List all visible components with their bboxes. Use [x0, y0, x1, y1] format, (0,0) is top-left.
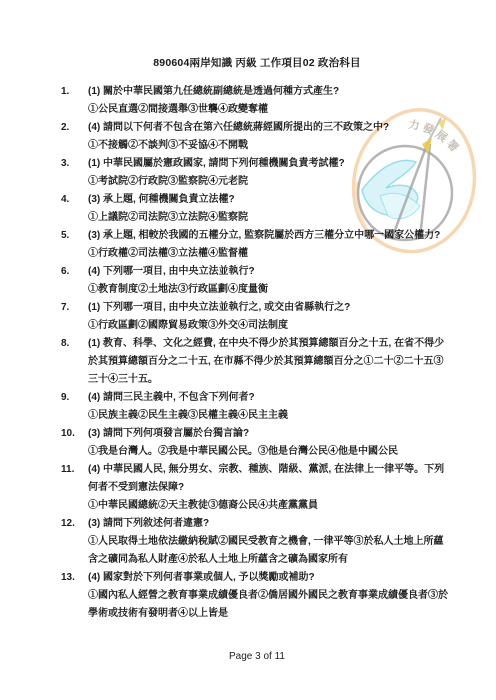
question-body: (4) 下列哪一項目, 由中央立法並執行? ①教育制度②土地法③行政區劃④度量衡 — [88, 263, 453, 299]
question-text: (1) 下列哪一項目, 由中央立法並執行之, 或交由省縣執行之? — [88, 299, 453, 317]
question-options: ①行政區劃②國際貿易政策③外交④司法制度 — [88, 317, 453, 335]
question-body: (1) 關於中華民國第九任總統副總統是透過何種方式產生? ①公民直選②間接選舉③… — [88, 83, 453, 119]
question-text: (1) 關於中華民國第九任總統副總統是透過何種方式產生? — [88, 83, 453, 101]
question-3: 3. (1) 中華民國屬於憲政國家, 請問下列何種機關負責考試權? ①考試院②行… — [61, 155, 453, 191]
question-6: 6. (4) 下列哪一項目, 由中央立法並執行? ①教育制度②土地法③行政區劃④… — [61, 263, 453, 299]
document-page: 力發展署 890604兩岸知識 丙級 工作項目02 政治科目 1. (1) 關於… — [0, 0, 496, 700]
question-number: 1. — [61, 83, 88, 119]
question-12: 12. (3) 請問下列敘述何者違憲? ①人民取得土地依法繳納稅賦②國民受教育之… — [61, 515, 453, 569]
question-text: (3) 承上題, 何種機關負責立法權? — [88, 191, 453, 209]
question-options: ①中華民國總統②天主教徒③德裔公民④共產黨黨員 — [88, 497, 453, 515]
question-options: ①國內私人經營之教育事業成績優良者②僑居國外國民之教育事業成績優良者③於學術或技… — [88, 587, 453, 623]
question-options: ①民族主義②民生主義③民權主義④民主主義 — [88, 407, 453, 425]
question-number: 12. — [61, 515, 88, 569]
question-body: (4) 請問三民主義中, 不包含下列何者? ①民族主義②民生主義③民權主義④民主… — [88, 389, 453, 425]
question-text: (4) 中華民國人民, 無分男女、宗教、種族、階級、黨派, 在法律上一律平等。下… — [88, 461, 453, 497]
question-number: 2. — [61, 119, 88, 155]
question-7: 7. (1) 下列哪一項目, 由中央立法並執行之, 或交由省縣執行之? ①行政區… — [61, 299, 453, 335]
question-number: 11. — [61, 461, 88, 515]
question-body: (4) 中華民國人民, 無分男女、宗教、種族、階級、黨派, 在法律上一律平等。下… — [88, 461, 453, 515]
page-number: Page 3 of 11 — [61, 651, 453, 662]
document-content: 890604兩岸知識 丙級 工作項目02 政治科目 1. (1) 關於中華民國第… — [0, 0, 496, 623]
question-body: (3) 請問下列敘述何者違憲? ①人民取得土地依法繳納稅賦②國民受教育之機會, … — [88, 515, 453, 569]
question-body: (4) 國家對於下列何者事業或個人, 予以獎勵或補助? ①國內私人經營之教育事業… — [88, 569, 453, 623]
question-2: 2. (4) 請問以下何者不包含在第六任總統蔣經國所提出的三不政策之中? ①不接… — [61, 119, 453, 155]
question-text: (4) 請問三民主義中, 不包含下列何者? — [88, 389, 453, 407]
question-number: 7. — [61, 299, 88, 335]
question-options: ①我是台灣人。②我是中華民國公民。③他是台灣公民④他是中國公民 — [88, 443, 453, 461]
question-text: (4) 下列哪一項目, 由中央立法並執行? — [88, 263, 453, 281]
document-title: 890604兩岸知識 丙級 工作項目02 政治科目 — [61, 55, 453, 70]
question-text: (4) 國家對於下列何者事業或個人, 予以獎勵或補助? — [88, 569, 453, 587]
question-number: 4. — [61, 191, 88, 227]
question-number: 5. — [61, 227, 88, 263]
question-body: (3) 請問下列何項發言屬於台獨言論? ①我是台灣人。②我是中華民國公民。③他是… — [88, 425, 453, 461]
question-5: 5. (3) 承上題, 相較於我國的五權分立, 監察院屬於西方三權分立中哪一國家… — [61, 227, 453, 263]
question-text: (1) 中華民國屬於憲政國家, 請問下列何種機關負責考試權? — [88, 155, 453, 173]
question-number: 3. — [61, 155, 88, 191]
question-8: 8. (1) 教育、科學、文化之經費, 在中央不得少於其預算總額百分之十五, 在… — [61, 335, 453, 389]
question-number: 13. — [61, 569, 88, 623]
question-number: 10. — [61, 425, 88, 461]
question-number: 8. — [61, 335, 88, 389]
question-options: ①考試院②行政院③監察院④元老院 — [88, 173, 453, 191]
question-body: (1) 中華民國屬於憲政國家, 請問下列何種機關負責考試權? ①考試院②行政院③… — [88, 155, 453, 191]
question-text: (3) 請問下列敘述何者違憲? — [88, 515, 453, 533]
question-9: 9. (4) 請問三民主義中, 不包含下列何者? ①民族主義②民生主義③民權主義… — [61, 389, 453, 425]
question-text: (3) 承上題, 相較於我國的五權分立, 監察院屬於西方三權分立中哪一國家公權力… — [88, 227, 453, 245]
question-body: (1) 教育、科學、文化之經費, 在中央不得少於其預算總額百分之十五, 在省不得… — [88, 335, 453, 389]
question-number: 9. — [61, 389, 88, 425]
question-options: ①行政權②司法權③立法權④監督權 — [88, 245, 453, 263]
question-body: (3) 承上題, 何種機關負責立法權? ①上議院②司法院③立法院④監察院 — [88, 191, 453, 227]
question-options: ①不接觸②不談判③不妥協④不開戰 — [88, 137, 453, 155]
question-list: 1. (1) 關於中華民國第九任總統副總統是透過何種方式產生? ①公民直選②間接… — [61, 83, 453, 623]
question-body: (4) 請問以下何者不包含在第六任總統蔣經國所提出的三不政策之中? ①不接觸②不… — [88, 119, 453, 155]
question-13: 13. (4) 國家對於下列何者事業或個人, 予以獎勵或補助? ①國內私人經營之… — [61, 569, 453, 623]
question-1: 1. (1) 關於中華民國第九任總統副總統是透過何種方式產生? ①公民直選②間接… — [61, 83, 453, 119]
question-text: (1) 教育、科學、文化之經費, 在中央不得少於其預算總額百分之十五, 在省不得… — [88, 335, 453, 389]
question-11: 11. (4) 中華民國人民, 無分男女、宗教、種族、階級、黨派, 在法律上一律… — [61, 461, 453, 515]
question-options: ①公民直選②間接選舉③世襲④政變奪權 — [88, 101, 453, 119]
question-number: 6. — [61, 263, 88, 299]
question-text: (3) 請問下列何項發言屬於台獨言論? — [88, 425, 453, 443]
question-4: 4. (3) 承上題, 何種機關負責立法權? ①上議院②司法院③立法院④監察院 — [61, 191, 453, 227]
question-body: (1) 下列哪一項目, 由中央立法並執行之, 或交由省縣執行之? ①行政區劃②國… — [88, 299, 453, 335]
question-body: (3) 承上題, 相較於我國的五權分立, 監察院屬於西方三權分立中哪一國家公權力… — [88, 227, 453, 263]
question-options: ①上議院②司法院③立法院④監察院 — [88, 209, 453, 227]
question-options: ①人民取得土地依法繳納稅賦②國民受教育之機會, 一律平等③於私人土地上所蘊含之礦… — [88, 533, 453, 569]
question-text: (4) 請問以下何者不包含在第六任總統蔣經國所提出的三不政策之中? — [88, 119, 453, 137]
question-10: 10. (3) 請問下列何項發言屬於台獨言論? ①我是台灣人。②我是中華民國公民… — [61, 425, 453, 461]
question-options: ①教育制度②土地法③行政區劃④度量衡 — [88, 281, 453, 299]
